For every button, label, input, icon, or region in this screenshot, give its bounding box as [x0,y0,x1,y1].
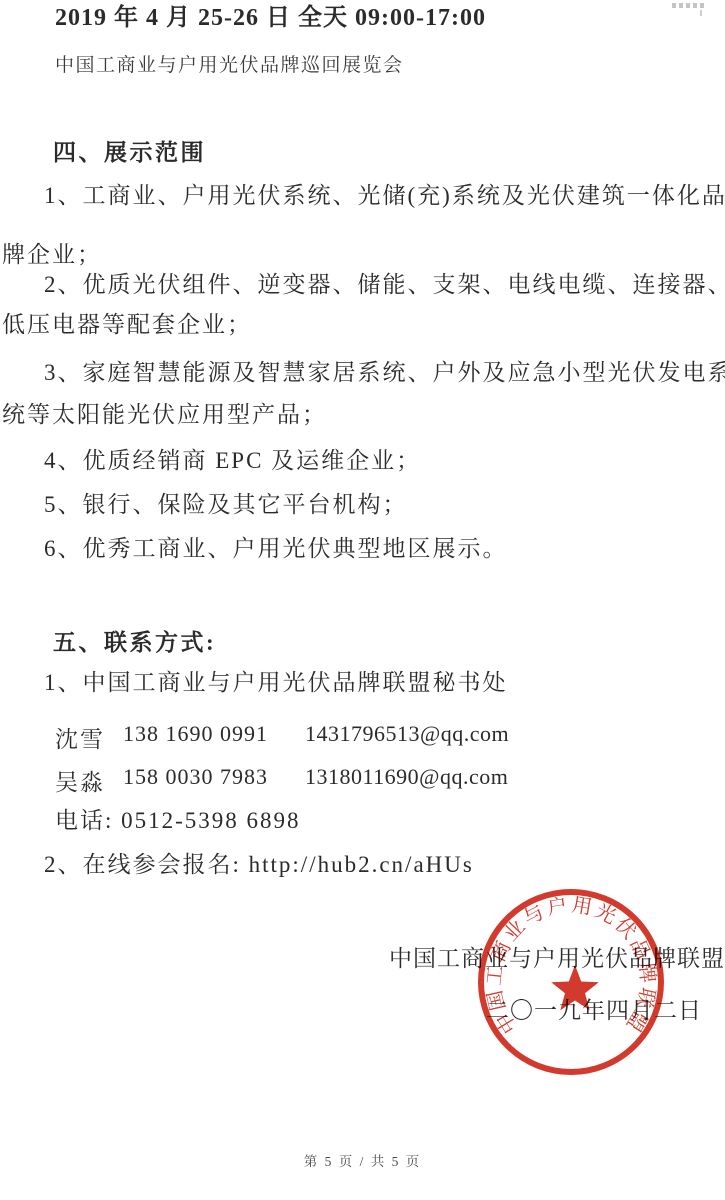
event-title-line: 中国工商业与户用光伏品牌巡回展览会 [55,52,404,80]
signup-url-line: 2、在线参会报名: http://hub2.cn/aHUs [44,851,474,879]
scope-item6: 6、优秀工商业、户用光伏典型地区展示。 [44,535,508,563]
contact-email: 1318011690@qq.com [305,764,508,790]
page-number-footer: 第 5 页 / 共 5 页 [0,1148,725,1176]
scope-item5: 5、银行、保险及其它平台机构； [44,491,408,519]
scan-artifact [672,3,706,8]
scope-item2-line2: 低压电器等配套企业； [2,311,252,339]
signature-org-line: 中国工商业与户用光伏品牌联盟 [389,945,725,973]
section-contact-heading: 五、联系方式: [53,629,216,657]
signature-date-line: 二〇一九年四月二日 [486,997,702,1025]
scope-item1-line2: 牌企业； [2,241,102,269]
event-datetime-line: 2019 年 4 月 25-26 日 全天 09:00-17:00 [55,4,486,32]
scanned-document-page: 2019 年 4 月 25-26 日 全天 09:00-17:00 中国工商业与… [0,0,725,1200]
contact-phone: 138 1690 0991 [123,721,268,747]
scope-item1-line1: 1、工商业、户用光伏系统、光储(充)系统及光伏建筑一体化品 [44,182,725,210]
scope-item4: 4、优质经销商 EPC 及运维企业； [44,447,421,475]
contact-name: 沈雪 [55,721,105,754]
contact-phone: 158 0030 7983 [123,764,268,790]
scope-item2-line1: 2、优质光伏组件、逆变器、储能、支架、电线电缆、连接器、 [44,271,725,299]
contact-row: 吴淼 158 0030 7983 1318011690@qq.com [55,764,655,794]
contact-name: 吴淼 [55,764,105,797]
contact-tel-line: 电话: 0512-5398 6898 [55,807,301,835]
scan-artifact [700,10,702,16]
official-seal-stamp: 中国工商业与户用光伏品牌联盟 [477,888,665,1076]
contact-email: 1431796513@qq.com [305,721,509,747]
contact-org-line: 1、中国工商业与户用光伏品牌联盟秘书处 [44,669,508,697]
contact-row: 沈雪 138 1690 0991 1431796513@qq.com [55,721,655,751]
scope-item3-line2: 统等太阳能光伏应用型产品； [2,401,327,429]
scope-item3-line1: 3、家庭智慧能源及智慧家居系统、户外及应急小型光伏发电系 [44,359,725,387]
stamp-ring [481,892,661,1072]
section-scope-heading: 四、展示范围 [53,139,206,167]
